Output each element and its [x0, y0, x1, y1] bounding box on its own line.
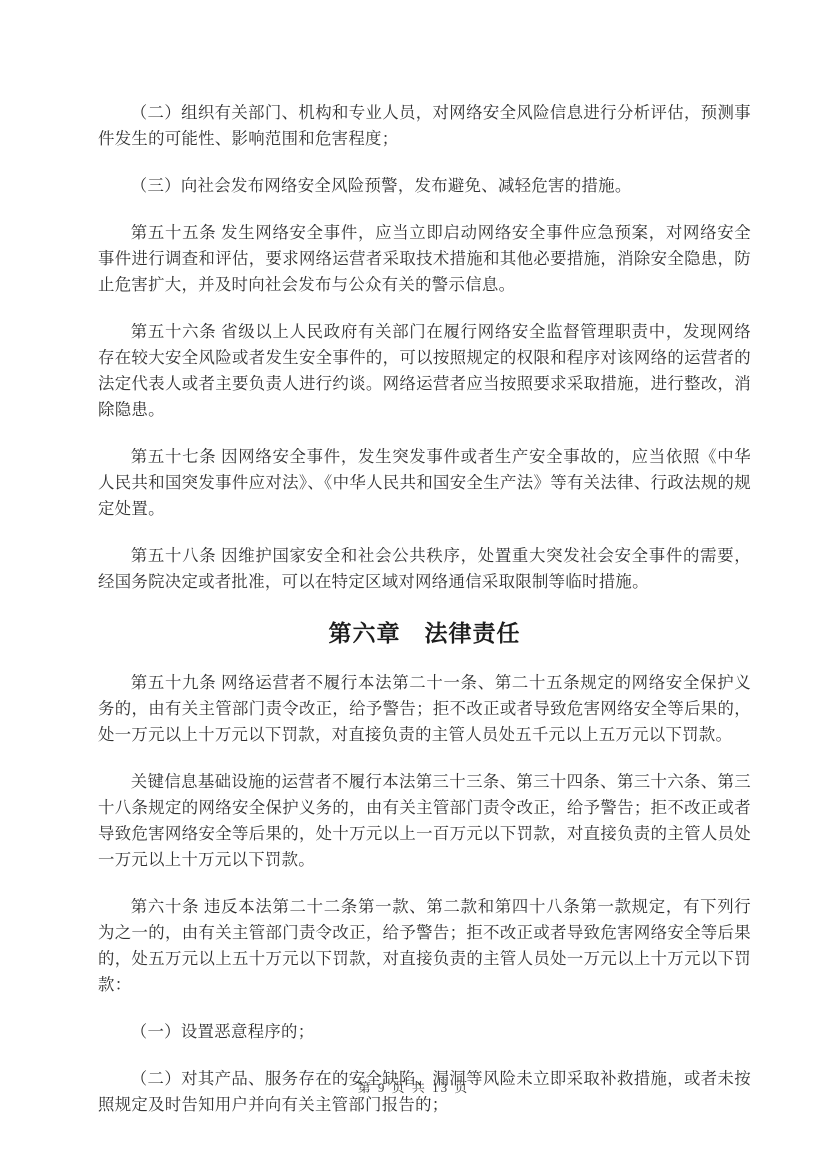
chapter-6-heading: 第六章 法律责任 [98, 616, 751, 650]
article-60-item-1: （一）设置恶意程序的； [98, 1019, 751, 1045]
page-number-footer: 第 9 页 共 13 页 [0, 1078, 827, 1098]
document-page: （二）组织有关部门、机构和专业人员，对网络安全风险信息进行分析评估，预测事件发生… [0, 0, 827, 1170]
article-60-paragraph: 第六十条 违反本法第二十二条第一款、第二款和第四十八条第一款规定，有下列行为之一… [98, 894, 751, 998]
article-59-paragraph: 第五十九条 网络运营者不履行本法第二十一条、第二十五条规定的网络安全保护义务的，… [98, 670, 751, 748]
article-55-paragraph: 第五十五条 发生网络安全事件，应当立即启动网络安全事件应急预案，对网络安全事件进… [98, 220, 751, 298]
article-58-paragraph: 第五十八条 因维护国家安全和社会公共秩序，处置重大突发社会安全事件的需要，经国务… [98, 543, 751, 595]
document-body: （二）组织有关部门、机构和专业人员，对网络安全风险信息进行分析评估，预测事件发生… [98, 100, 751, 1139]
item-2-paragraph: （二）组织有关部门、机构和专业人员，对网络安全风险信息进行分析评估，预测事件发生… [98, 100, 751, 152]
critical-infrastructure-operators-paragraph: 关键信息基础设施的运营者不履行本法第三十三条、第三十四条、第三十六条、第三十八条… [98, 769, 751, 873]
article-57-paragraph: 第五十七条 因网络安全事件，发生突发事件或者生产安全事故的，应当依照《中华人民共… [98, 444, 751, 522]
item-3-paragraph: （三）向社会发布网络安全风险预警，发布避免、减轻危害的措施。 [98, 173, 751, 199]
article-56-paragraph: 第五十六条 省级以上人民政府有关部门在履行网络安全监督管理职责中，发现网络存在较… [98, 319, 751, 423]
